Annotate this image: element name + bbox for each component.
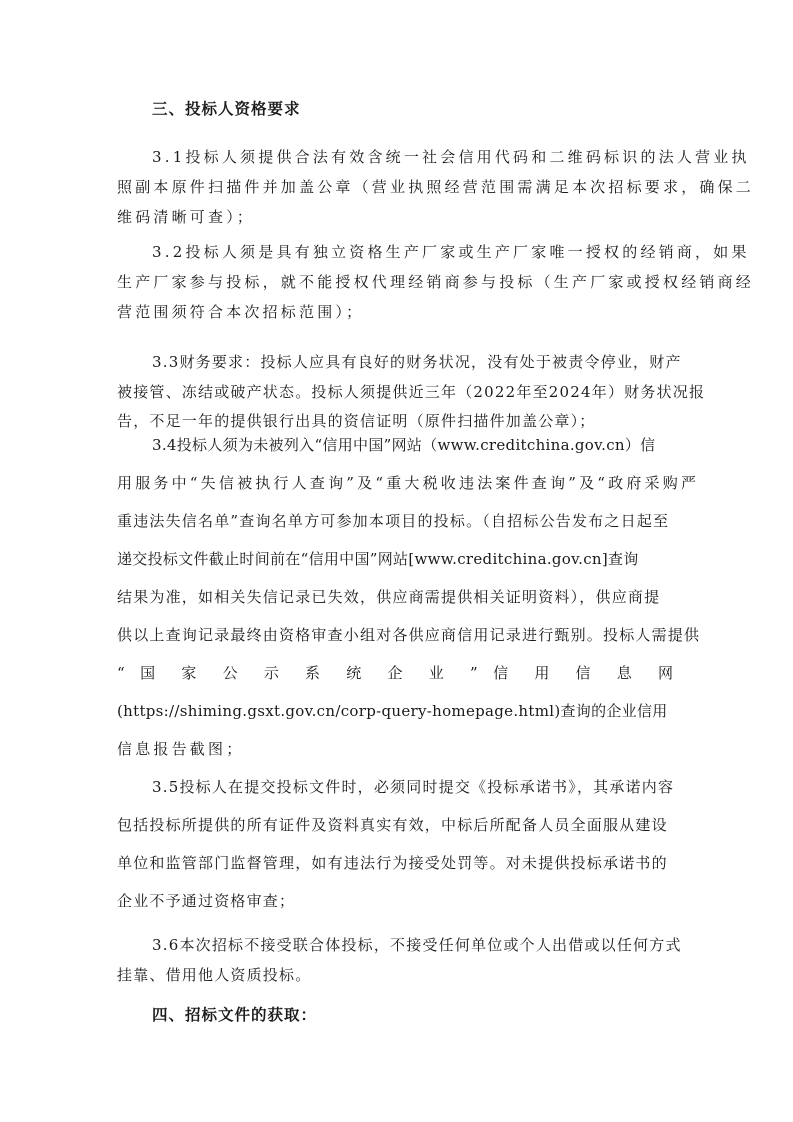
- text-line: 3.5投标人在提交投标文件时，必须同时提交《投标承诺书》，其承诺内容: [152, 776, 673, 797]
- text-line: 供以上查询记录最终由资格审查小组对各供应商信用记录进行甄别。投标人需提供: [117, 624, 673, 645]
- text-line: 单位和监管部门监督管理，如有违法行为接受处罚等。对未提供投标承诺书的: [117, 852, 673, 873]
- text-line: 照副本原件扫描件并加盖公章（营业执照经营范围需满足本次招标要求，确保二: [117, 176, 673, 197]
- text-line: 被接管、冻结或破产状态。投标人须提供近三年（2022年至2024年）财务状况报: [117, 381, 673, 402]
- text-line: 包括投标所提供的所有证件及资料真实有效，中标后所配备人员全面服从建设: [117, 814, 673, 835]
- text-line: 营范围须符合本次招标范围）；: [117, 301, 673, 322]
- text-line: 告，不足一年的提供银行出具的资信证明（原件扫描件加盖公章）；: [117, 410, 673, 431]
- section-heading-4: 四、招标文件的获取：: [152, 1003, 317, 1025]
- text-line: “ 国 家 公 示 系 统 企 业 ” 信 用 信 息 网: [117, 662, 673, 683]
- text-line: 企业不予通过资格审查；: [117, 890, 673, 911]
- text-line: (https://shiming.gsxt.gov.cn/corp-query-…: [117, 700, 673, 721]
- text-line: 重违法失信名单”查询名单方可参加本项目的投标。（自招标公告发布之日起至: [117, 510, 673, 531]
- text-line: 3.3财务要求：投标人应具有良好的财务状况，没有处于被责令停业，财产: [152, 351, 673, 372]
- text-line: 信息报告截图；: [117, 738, 673, 759]
- text-line: 用服务中“失信被执行人查询”及“重大税收违法案件查询”及“政府采购严: [117, 472, 673, 493]
- text-line: 挂靠、借用他人资质投标。: [117, 964, 673, 985]
- section-heading-3: 三、投标人资格要求: [152, 97, 301, 119]
- text-line: 3.4投标人须为未被列入“信用中国”网站（www.creditchina.gov…: [152, 434, 673, 455]
- text-line: 生产厂家参与投标，就不能授权代理经销商参与投标（生产厂家或授权经销商经: [117, 271, 673, 292]
- text-line: 3.2投标人须是具有独立资格生产厂家或生产厂家唯一授权的经销商，如果: [152, 241, 673, 262]
- text-line: 维码清晰可查）；: [117, 206, 673, 227]
- text-line: 递交投标文件截止时间前在“信用中国”网站[www.creditchina.gov…: [117, 548, 673, 569]
- text-line: 3.6本次招标不接受联合体投标，不接受任何单位或个人出借或以任何方式: [152, 934, 673, 955]
- text-line: 3.1投标人须提供合法有效含统一社会信用代码和二维码标识的法人营业执: [152, 146, 673, 167]
- text-line: 结果为准，如相关失信记录已失效，供应商需提供相关证明资料），供应商提: [117, 586, 673, 607]
